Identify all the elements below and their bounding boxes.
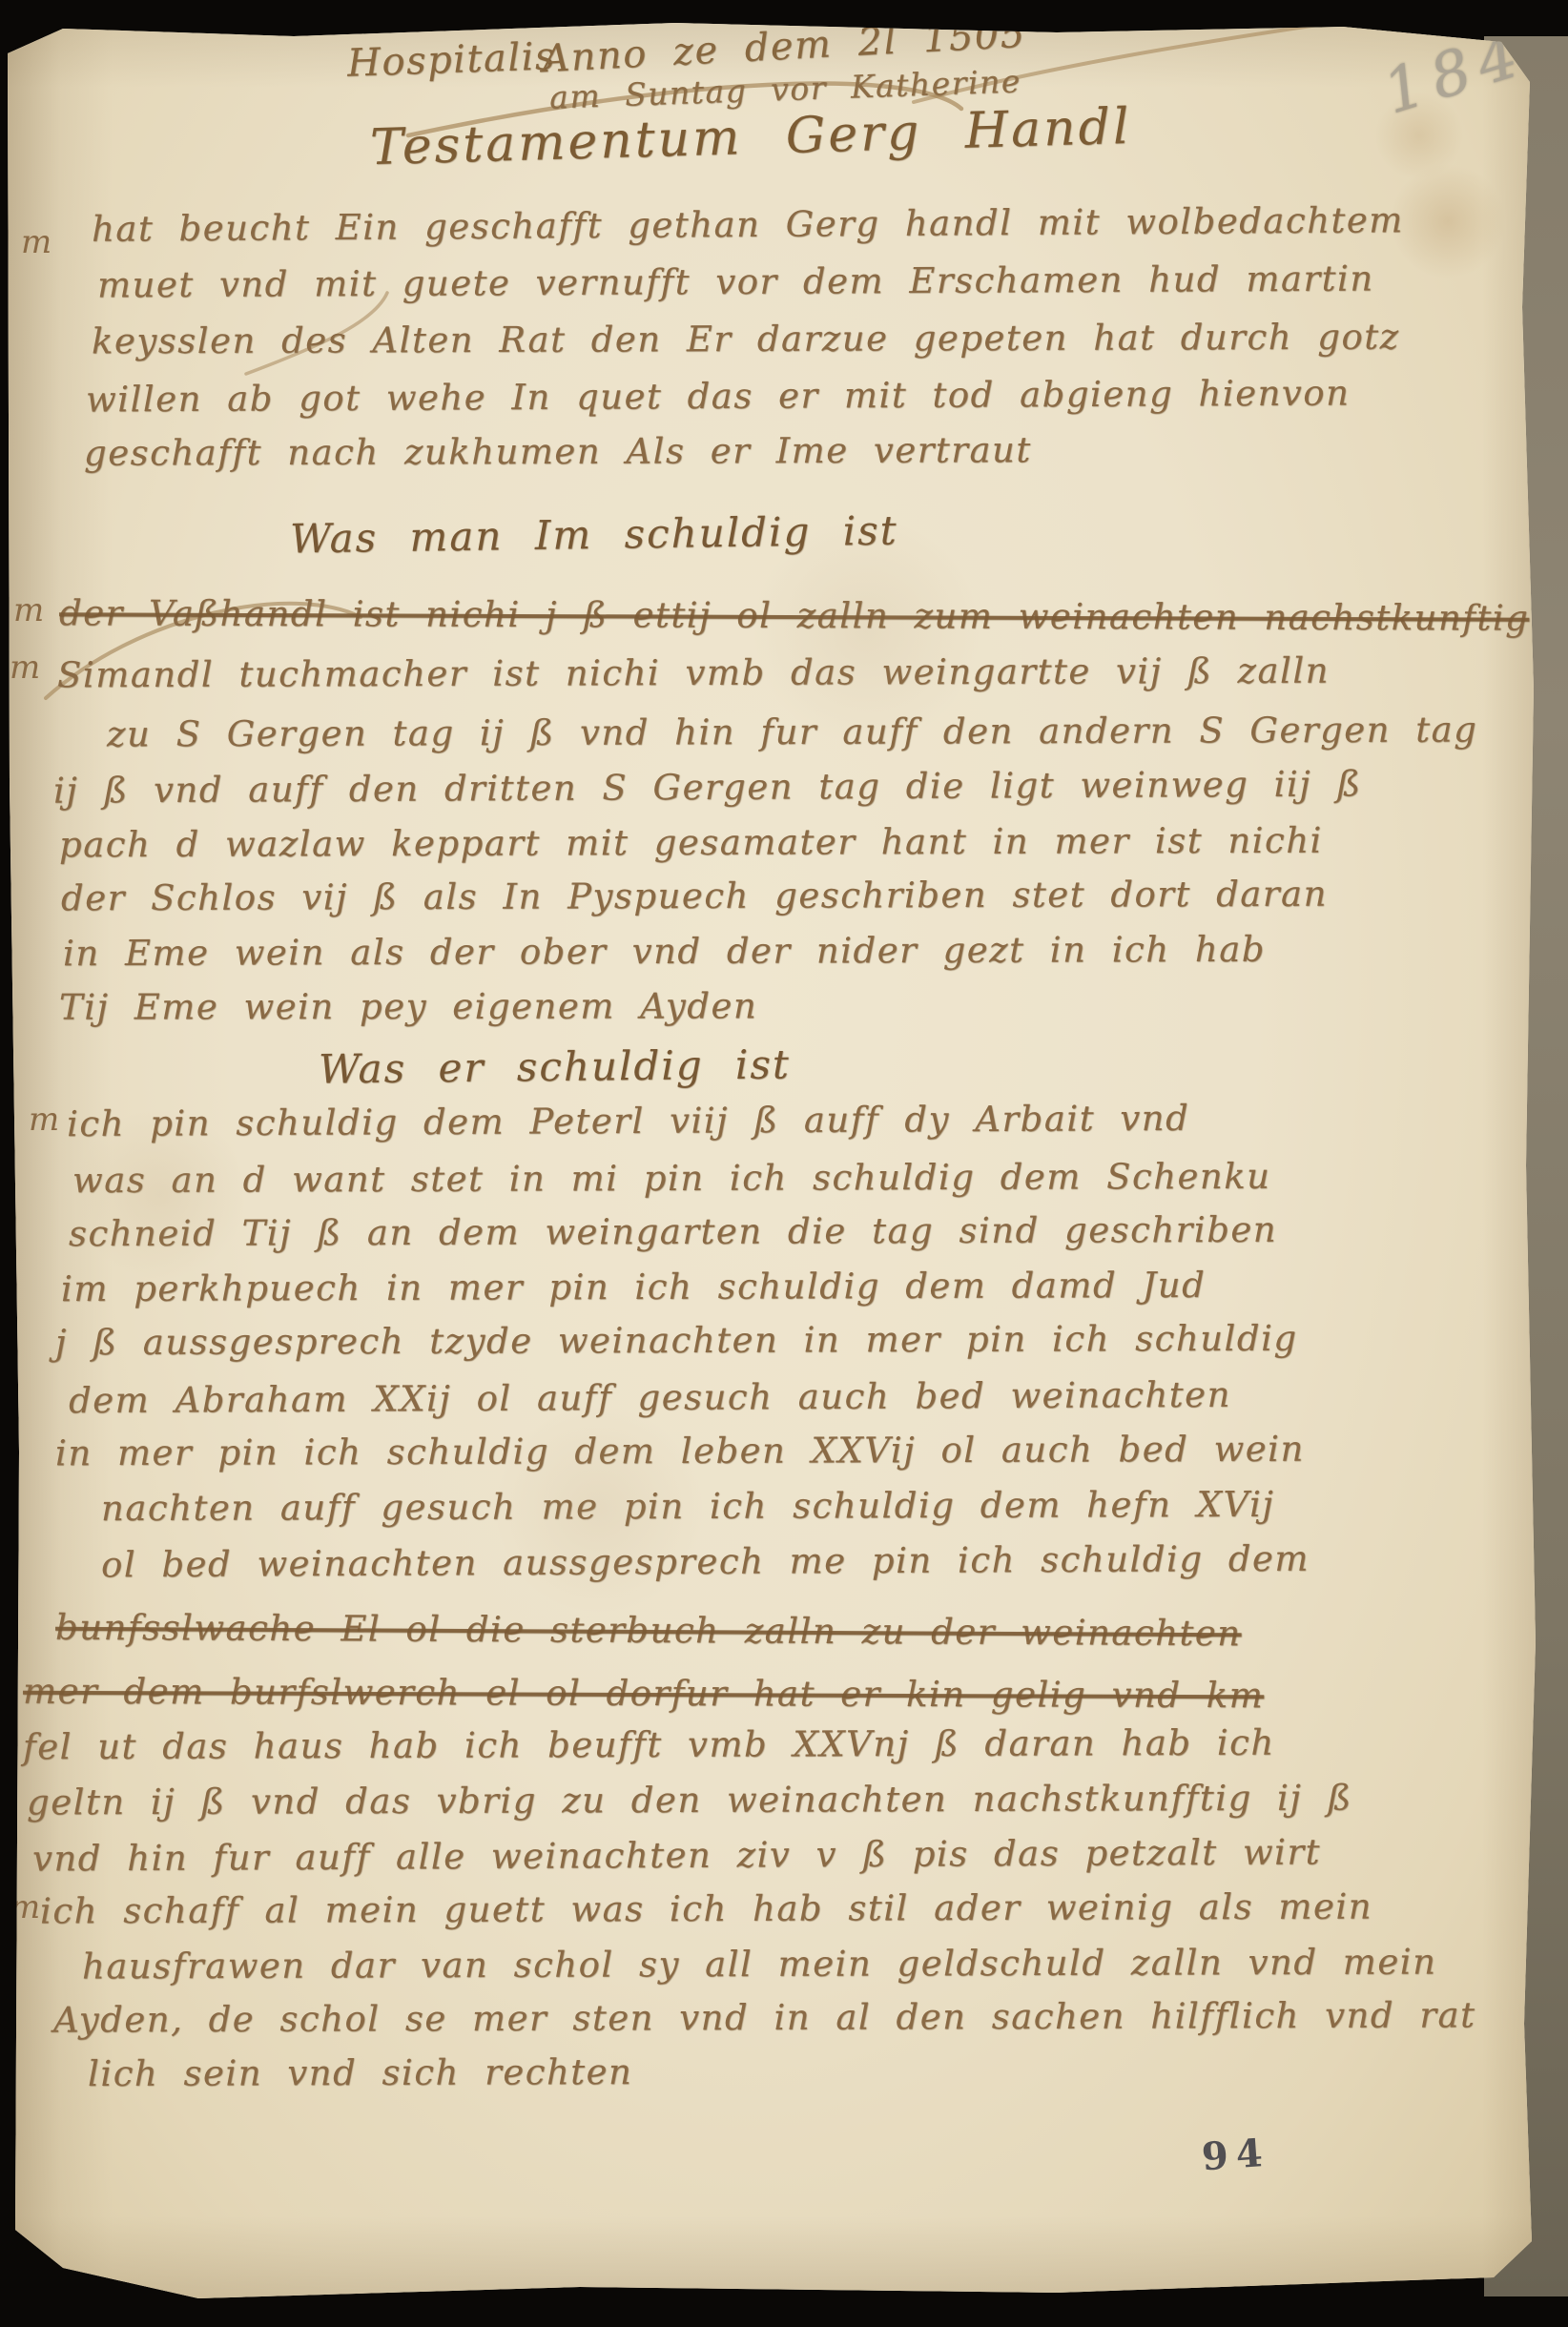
- manuscript-line: Ayden, de schol se mer sten vnd in al de…: [53, 1994, 1476, 2040]
- manuscript-line: muet vnd mit guete vernufft vor dem Ersc…: [97, 257, 1374, 305]
- manuscript-scan: Hospitalis Anno ze dem 2l 1505 am Suntag…: [0, 0, 1568, 2327]
- folio-number-pencil: 184: [1376, 18, 1536, 128]
- document-title: Testamentum Gerg Handl: [369, 98, 1132, 176]
- margin-mark: m: [29, 1101, 59, 1139]
- manuscript-line: was an d want stet in mi pin ich schuldi…: [72, 1156, 1271, 1201]
- margin-mark: m: [10, 649, 40, 687]
- manuscript-line-struck: bunfsslwache El ol die sterbuch zalln zu…: [55, 1607, 1242, 1655]
- section-heading-he-owes: Was er schuldig ist: [319, 1040, 791, 1092]
- manuscript-line: Simandl tuchmacher ist nichi vmb das wei…: [57, 650, 1330, 696]
- margin-mark: m: [10, 1888, 40, 1926]
- manuscript-line: in mer pin ich schuldig dem leben XXVij …: [55, 1429, 1305, 1474]
- manuscript-page: Hospitalis Anno ze dem 2l 1505 am Suntag…: [8, 21, 1539, 2302]
- manuscript-line: lich sein vnd sich rechten: [88, 2051, 632, 2094]
- manuscript-line: geschafft nach zukhumen Als er Ime vertr…: [84, 429, 1032, 473]
- manuscript-line-struck: mer dem burfslwerch el ol dorfur hat er …: [23, 1671, 1264, 1717]
- manuscript-line: ij ß vnd auff den dritten S Gergen tag d…: [53, 763, 1362, 811]
- manuscript-line: im perkhpuech in mer pin ich schuldig de…: [61, 1265, 1206, 1309]
- manuscript-line-struck: der Vaßhandl ist nichi j ß ettij ol zall…: [59, 592, 1529, 638]
- manuscript-line: vnd hin fur auff alle weinachten ziv v ß…: [32, 1831, 1321, 1879]
- header-hospitalis: Hospitalis: [346, 34, 556, 86]
- header-date-line-2: am Suntag vor Katherine: [548, 62, 1021, 115]
- manuscript-line: geltn ij ß vnd das vbrig zu den weinacht…: [27, 1778, 1352, 1823]
- section-heading-owed-to-him: Was man Im schuldig ist: [290, 507, 898, 563]
- manuscript-line: schneid Tij ß an dem weingarten die tag …: [69, 1209, 1277, 1254]
- manuscript-line: fel ut das haus hab ich beufft vmb XXVnj…: [23, 1722, 1275, 1768]
- manuscript-line: zu S Gergen tag ij ß vnd hin fur auff de…: [107, 709, 1477, 754]
- manuscript-line: ich pin schuldig dem Peterl viij ß auff …: [67, 1098, 1189, 1144]
- manuscript-line: ol bed weinachten aussgesprech me pin ic…: [101, 1538, 1310, 1586]
- manuscript-line: j ß aussgesprech tzyde weinachten in mer…: [55, 1318, 1298, 1364]
- pen-flourish-strokes: [8, 21, 1539, 2302]
- margin-mark: m: [13, 591, 44, 629]
- header-date-line: Anno ze dem 2l 1505: [541, 12, 1027, 82]
- manuscript-line: Tij Eme wein pey eigenem Ayden: [59, 985, 757, 1027]
- manuscript-line: hat beucht Ein geschafft gethan Gerg han…: [92, 199, 1404, 250]
- manuscript-line: pach d wazlaw keppart mit gesamater hant…: [59, 820, 1323, 866]
- margin-mark: m: [21, 223, 52, 261]
- manuscript-line: willen ab got wehe In quet das er mit to…: [86, 373, 1351, 421]
- manuscript-line: ich schaff al mein guett was ich hab sti…: [40, 1886, 1372, 1932]
- manuscript-line: nachten auff gesuch me pin ich schuldig …: [101, 1484, 1275, 1529]
- manuscript-line: hausfrawen dar van schol sy all mein gel…: [82, 1942, 1437, 1987]
- manuscript-line: dem Abraham XXij ol auff gesuch auch bed…: [69, 1374, 1231, 1421]
- manuscript-line: keysslen des Alten Rat den Er darzue gep…: [92, 317, 1400, 362]
- manuscript-line: der Schlos vij ß als In Pyspuech geschri…: [61, 874, 1328, 919]
- page-number-stamp: 94: [1200, 2131, 1271, 2180]
- manuscript-line: in Eme wein als der ober vnd der nider g…: [63, 929, 1266, 974]
